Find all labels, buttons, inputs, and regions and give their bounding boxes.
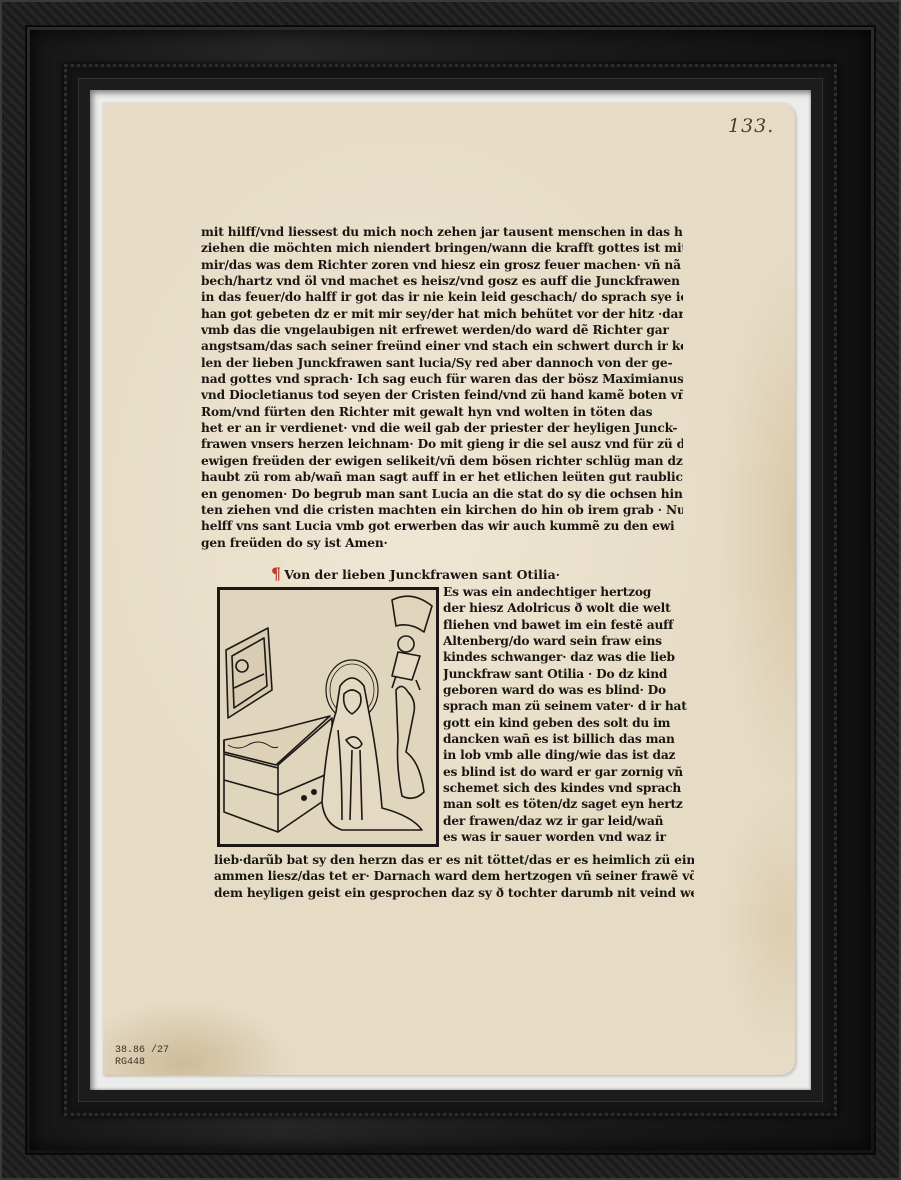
text-line: man solt es töten/dz saget eyn hertz bbox=[443, 796, 688, 812]
text-line: es blind ist do ward er gar zornig vñ bbox=[443, 764, 688, 780]
text-line: han got gebeten dz er mit mir sey/der ha… bbox=[201, 306, 683, 322]
accession-line-2: RG448 bbox=[115, 1057, 169, 1069]
text-line: mir/das was dem Richter zoren vnd hiesz … bbox=[201, 257, 683, 273]
bottom-text-block: lieb·darũb bat sy den herzn das er es ni… bbox=[214, 852, 694, 901]
main-text-block: mit hilff/vnd liessest du mich noch zehe… bbox=[201, 224, 683, 551]
text-line: geboren ward do was es blind· Do bbox=[443, 682, 688, 698]
text-line: der frawen/daz wz ir gar leid/wañ bbox=[443, 813, 688, 829]
text-line: sprach man zü seinem vater· d ir hat bbox=[443, 698, 688, 714]
folio-number: 133. bbox=[728, 115, 774, 137]
text-line: frawen vnsers herzen leichnam· Do mit gi… bbox=[201, 436, 683, 452]
text-line: in lob vmb alle ding/wie das ist daz bbox=[443, 747, 688, 763]
text-line: Es was ein andechtiger hertzog bbox=[443, 584, 688, 600]
text-line: gen freüden do sy ist Amen· bbox=[201, 535, 683, 551]
text-line: gott ein kind geben des solt du im bbox=[443, 715, 688, 731]
text-line: in das feuer/do halff ir got das ir nie … bbox=[201, 289, 683, 305]
text-line: dem heyligen geist ein gesprochen daz sy… bbox=[214, 885, 694, 901]
text-line: helff vns sant Lucia vmb got erwerben da… bbox=[201, 518, 683, 534]
text-line: dancken wañ es ist billich das man bbox=[443, 731, 688, 747]
accession-line-1: 38.86 /27 bbox=[115, 1045, 169, 1057]
manuscript-page: 133. mit hilff/vnd liessest du mich noch… bbox=[103, 103, 795, 1075]
text-line: angstsam/das sach seiner freünd einer vn… bbox=[201, 338, 683, 354]
text-line: Junckfraw sant Otilia · Do dz kind bbox=[443, 666, 688, 682]
woodcut-saint-odile-icon bbox=[220, 590, 436, 844]
text-line: het er an ir verdienet· vnd die weil gab… bbox=[201, 420, 683, 436]
text-line: Altenberg/do ward sein fraw eins bbox=[443, 633, 688, 649]
text-line: ewigen freüden der ewigen selikeit/vñ de… bbox=[201, 453, 683, 469]
text-line: der hiesz Adolricus ð wolt die welt bbox=[443, 600, 688, 616]
text-line: nad gottes vnd sprach· Ich sag euch für … bbox=[201, 371, 683, 387]
side-column-text: Es was ein andechtiger hertzogder hiesz … bbox=[443, 584, 688, 846]
text-line: es was ir sauer worden vnd waz ir bbox=[443, 829, 688, 845]
text-line: mit hilff/vnd liessest du mich noch zehe… bbox=[201, 224, 683, 240]
text-line: ziehen die möchten mich niendert bringen… bbox=[201, 240, 683, 256]
text-line: schemet sich des kindes vnd sprach bbox=[443, 780, 688, 796]
section-heading: ¶Von der lieben Junckfrawen sant Otilia· bbox=[271, 564, 560, 583]
pilcrow-icon: ¶ bbox=[271, 564, 281, 583]
text-line: haubt zü rom ab/wañ man sagt auff in er … bbox=[201, 469, 683, 485]
text-line: ammen liesz/das tet er· Darnach ward dem… bbox=[214, 868, 694, 884]
text-line: vnd Diocletianus tod seyen der Cristen f… bbox=[201, 387, 683, 403]
accession-number: 38.86 /27 RG448 bbox=[115, 1045, 169, 1069]
text-line: fliehen vnd bawet im ein festẽ auff bbox=[443, 617, 688, 633]
text-line: vmb das die vngelaubigen nit erfrewet we… bbox=[201, 322, 683, 338]
text-line: bech/hartz vnd öl vnd machet es heisz/vn… bbox=[201, 273, 683, 289]
text-line: ten ziehen vnd die cristen machten ein k… bbox=[201, 502, 683, 518]
text-line: Rom/vnd fürten den Richter mit gewalt hy… bbox=[201, 404, 683, 420]
section-heading-text: Von der lieben Junckfrawen sant Otilia· bbox=[284, 567, 560, 582]
text-line: len der lieben Junckfrawen sant lucia/Sy… bbox=[201, 355, 683, 371]
text-line: en genomen· Do begrub man sant Lucia an … bbox=[201, 486, 683, 502]
woodcut-illustration bbox=[217, 587, 439, 847]
text-line: lieb·darũb bat sy den herzn das er es ni… bbox=[214, 852, 694, 868]
text-line: kindes schwanger· daz was die lieb bbox=[443, 649, 688, 665]
